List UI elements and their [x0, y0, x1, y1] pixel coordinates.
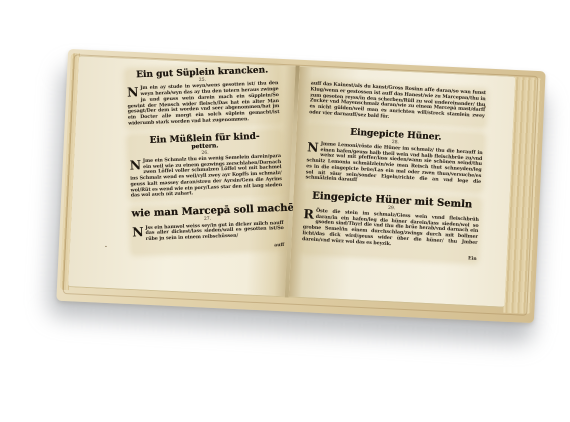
paper-speck	[105, 245, 107, 246]
drop-cap-initial: N	[132, 227, 144, 238]
drop-cap-initial: N	[129, 160, 141, 171]
drop-cap-initial: N	[127, 88, 139, 99]
recipe-body-text: auff das Kainest/als du kanst/Gross Rosi…	[310, 80, 487, 119]
recipe-section: Eingepicte Hüner mit Semln 29. RÖste die…	[302, 190, 481, 262]
recipe-section: Ein gut Süplein krancken. 25. NJm ein ay…	[126, 65, 280, 127]
book-photo-scene: Ein gut Süplein krancken. 25. NJm ein ay…	[0, 0, 570, 422]
right-page: auff das Kainest/als du kanst/Gross Rosi…	[288, 66, 515, 308]
left-page: Ein gut Süplein krancken. 25. NJm ein ay…	[68, 55, 295, 297]
recipe-paragraph: NJmme Lemoni/röste die Hüner im schmalz/…	[306, 141, 483, 191]
recipe-section: Eingepicte Hüner. 28. NJmme Lemoni/röste…	[306, 125, 484, 191]
left-page-text-block: Ein gut Süplein krancken. 25. NJm ein ay…	[126, 65, 284, 262]
drop-cap-initial: R	[304, 209, 315, 220]
recipe-body-text: Jss ein hamwol weiss sey/in gut in dicke…	[145, 220, 284, 243]
right-page-text-block: auff das Kainest/als du kanst/Gross Rosi…	[301, 80, 486, 271]
recipe-paragraph: auff das Kainest/als du kanst/Gross Rosi…	[309, 81, 486, 125]
recipe-section: Ein Müßlein für kind- pettern. 26. NJme …	[128, 131, 282, 200]
recipe-paragraph: NJm ein ay stude in weyn/wens gesotten i…	[126, 82, 279, 128]
book-cover: Ein gut Süplein krancken. 25. NJm ein ay…	[56, 49, 545, 323]
page-spread: Ein gut Süplein krancken. 25. NJm ein ay…	[68, 55, 515, 307]
recipe-paragraph: RÖste die stein im schmalz/Giess wein vn…	[302, 208, 479, 252]
recipe-body-text: Jm ein ay stude in weyn/wens gesotten is…	[127, 81, 279, 127]
recipe-body-text: Jme ein Schmalz thu ein wenig Semelein d…	[130, 153, 282, 199]
drop-cap-initial: N	[307, 142, 319, 153]
recipe-paragraph: NJme ein Schmalz thu ein wenig Semelein …	[129, 154, 282, 200]
catchword: auff	[132, 243, 284, 254]
recipe-paragraph: NJss ein hamwol weiss sey/in gut in dick…	[132, 221, 284, 244]
recipe-section-continuation: auff das Kainest/als du kanst/Gross Rosi…	[309, 81, 486, 125]
recipe-section: wie man Marcepā soll machē. 27. NJss ein…	[131, 203, 284, 253]
